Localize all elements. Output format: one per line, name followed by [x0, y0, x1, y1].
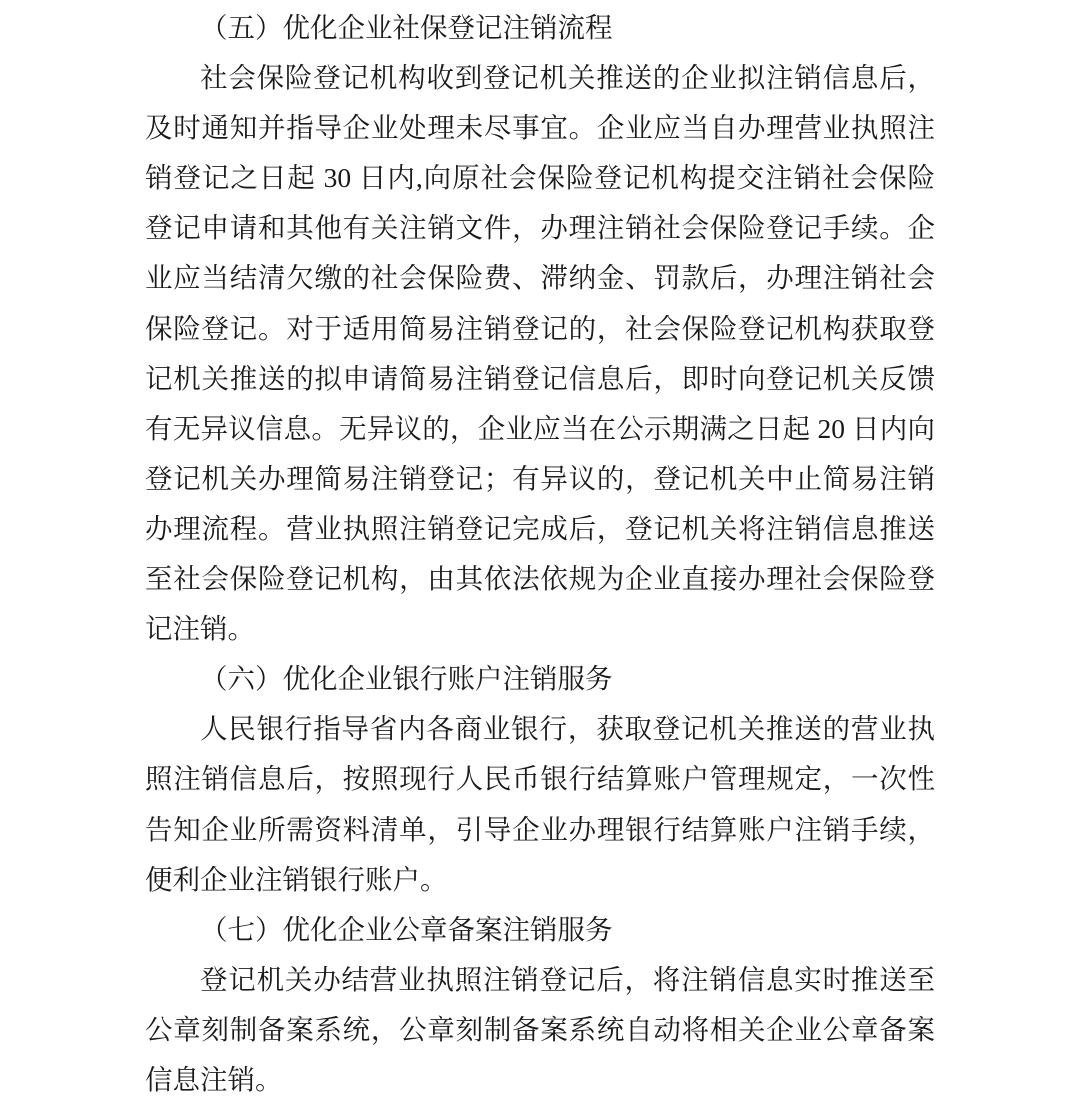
paragraph-line: 记注销。 [145, 604, 935, 654]
paragraph-line: 告知企业所需资料清单，引导企业办理银行结算账户注销手续， [145, 805, 935, 855]
paragraph-line: 办理流程。营业执照注销登记完成后，登记机关将注销信息推送 [145, 504, 935, 554]
paragraph-line: 登记申请和其他有关注销文件，办理注销社会保险登记手续。企 [145, 203, 935, 253]
paragraph-line: 业应当结清欠缴的社会保险费、滞纳金、罚款后，办理注销社会 [145, 253, 935, 303]
paragraph-line: 记机关推送的拟申请简易注销登记信息后，即时向登记机关反馈 [145, 354, 935, 404]
paragraph-line: 公章刻制备案系统，公章刻制备案系统自动将相关企业公章备案 [145, 1005, 935, 1055]
paragraph-line: 登记机关办理简易注销登记；有异议的，登记机关中止简易注销 [145, 454, 935, 504]
paragraph-line: 信息注销。 [145, 1055, 935, 1105]
section-heading: （七）优化企业公章备案注销服务 [145, 905, 935, 955]
section-heading: （五）优化企业社保登记注销流程 [145, 3, 935, 53]
paragraph-line: 保险登记。对于适用简易注销登记的，社会保险登记机构获取登 [145, 304, 935, 354]
paragraph-line: 人民银行指导省内各商业银行，获取登记机关推送的营业执 [145, 704, 935, 754]
paragraph-line: 便利企业注销银行账户。 [145, 855, 935, 905]
paragraph-line: 有无异议信息。无异议的，企业应当在公示期满之日起 20 日内向 [145, 404, 935, 454]
document-page: （五）优化企业社保登记注销流程社会保险登记机构收到登记机关推送的企业拟注销信息后… [0, 0, 1074, 1106]
paragraph-line: 及时通知并指导企业处理未尽事宜。企业应当自办理营业执照注 [145, 103, 935, 153]
paragraph-line: 社会保险登记机构收到登记机关推送的企业拟注销信息后， [145, 53, 935, 103]
paragraph-line: 至社会保险登记机构，由其依法依规为企业直接办理社会保险登 [145, 554, 935, 604]
paragraph-line: 登记机关办结营业执照注销登记后，将注销信息实时推送至 [145, 955, 935, 1005]
paragraph-line: 销登记之日起 30 日内,向原社会保险登记机构提交注销社会保险 [145, 153, 935, 203]
paragraph-line: 照注销信息后，按照现行人民币银行结算账户管理规定，一次性 [145, 754, 935, 804]
section-heading: （六）优化企业银行账户注销服务 [145, 654, 935, 704]
